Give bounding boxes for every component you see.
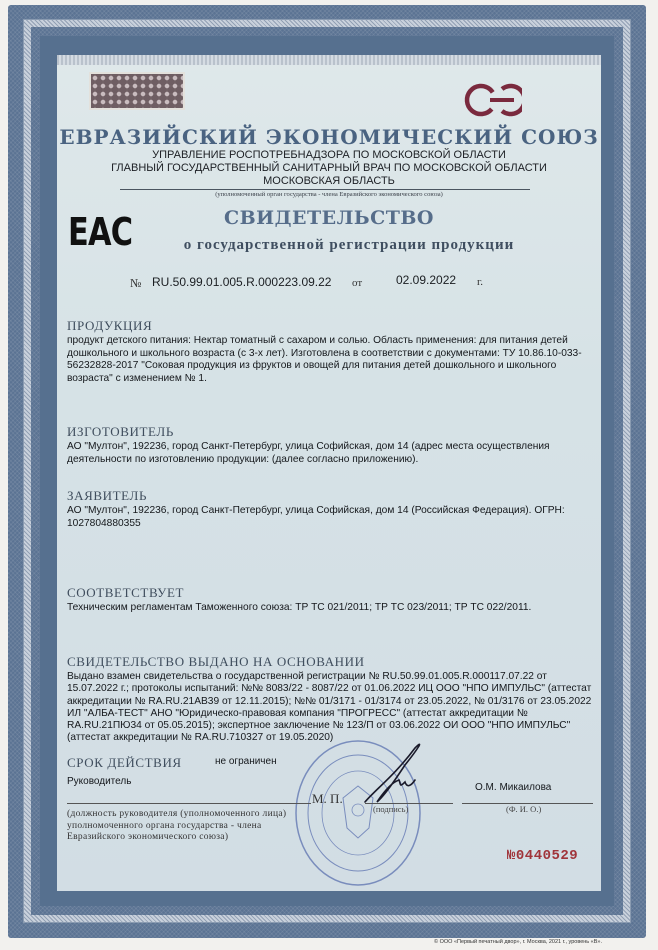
name-caption: (Ф. И. О.) bbox=[506, 804, 541, 814]
authority-caption: (уполномоченный орган государства - член… bbox=[57, 191, 601, 198]
number-sign: № bbox=[130, 276, 141, 291]
certificate-title: СВИДЕТЕЛЬСТВО bbox=[57, 207, 601, 229]
section-heading: СВИДЕТЕЛЬСТВО ВЫДАНО НА ОСНОВАНИИ bbox=[67, 654, 592, 670]
signer-role: Руководитель bbox=[67, 776, 131, 787]
section-text: Выдано взамен свидетельства о государств… bbox=[67, 671, 592, 745]
signer-name: О.М. Микаилова bbox=[475, 782, 551, 793]
certificate-date: 02.09.2022 bbox=[396, 273, 456, 287]
validity-heading: СРОК ДЕЙСТВИЯ bbox=[67, 755, 182, 771]
section-conformity: СООТВЕТСТВУЕТ Техническим регламентам Та… bbox=[67, 585, 592, 615]
section-heading: СООТВЕТСТВУЕТ bbox=[67, 585, 592, 601]
date-suffix: г. bbox=[477, 276, 483, 288]
position-line bbox=[67, 803, 311, 804]
form-serial-number: №0440529 bbox=[507, 848, 578, 864]
union-title: ЕВРАЗИЙСКИЙ ЭКОНОМИЧЕСКИЙ СОЮЗ bbox=[57, 125, 601, 149]
printer-imprint: © ООО «Первый печатный двор», г. Москва,… bbox=[434, 939, 602, 945]
section-product: ПРОДУКЦИЯ продукт детского питания: Нект… bbox=[67, 318, 592, 385]
certificate-number: RU.50.99.01.005.R.000223.09.22 bbox=[152, 275, 331, 289]
section-manufacturer: ИЗГОТОВИТЕЛЬ АО "Мултон", 192236, город … bbox=[67, 424, 592, 466]
microprint-strip bbox=[57, 55, 601, 65]
date-prefix: от bbox=[352, 277, 362, 289]
certificate-number-row: № RU.50.99.01.005.R.000223.09.22 от 02.0… bbox=[130, 275, 530, 291]
issuing-authority: УПРАВЛЕНИЕ РОСПОТРЕБНАДЗОРА ПО МОСКОВСКО… bbox=[57, 149, 601, 188]
section-basis: СВИДЕТЕЛЬСТВО ВЫДАНО НА ОСНОВАНИИ Выдано… bbox=[67, 654, 592, 745]
authority-line: МОСКОВСКАЯ ОБЛАСТЬ bbox=[57, 175, 601, 188]
section-heading: ИЗГОТОВИТЕЛЬ bbox=[67, 424, 592, 440]
position-caption: (должность руководителя (уполномоченного… bbox=[67, 809, 317, 844]
handwritten-signature-icon bbox=[355, 740, 435, 810]
section-text: Техническим регламентам Таможенного союз… bbox=[67, 602, 592, 615]
section-text: АО "Мултон", 192236, город Санкт-Петербу… bbox=[67, 505, 592, 530]
authority-line: УПРАВЛЕНИЕ РОСПОТРЕБНАДЗОРА ПО МОСКОВСКО… bbox=[57, 149, 601, 162]
stamp-place-label: М. П. bbox=[312, 791, 343, 807]
section-text: АО "Мултон", 192236, город Санкт-Петербу… bbox=[67, 441, 592, 466]
certificate-subtitle: о государственной регистрации продукции bbox=[57, 237, 601, 254]
hologram-security-icon bbox=[89, 72, 185, 110]
validity-value: не ограничен bbox=[215, 756, 277, 767]
divider bbox=[120, 189, 530, 190]
section-applicant: ЗАЯВИТЕЛЬ АО "Мултон", 192236, город Сан… bbox=[67, 488, 592, 530]
section-heading: ЗАЯВИТЕЛЬ bbox=[67, 488, 592, 504]
authority-line: ГЛАВНЫЙ ГОСУДАРСТВЕННЫЙ САНИТАРНЫЙ ВРАЧ … bbox=[57, 162, 601, 175]
section-heading: ПРОДУКЦИЯ bbox=[67, 318, 592, 334]
section-text: продукт детского питания: Нектар томатны… bbox=[67, 335, 592, 385]
se-logo-icon bbox=[462, 82, 522, 118]
